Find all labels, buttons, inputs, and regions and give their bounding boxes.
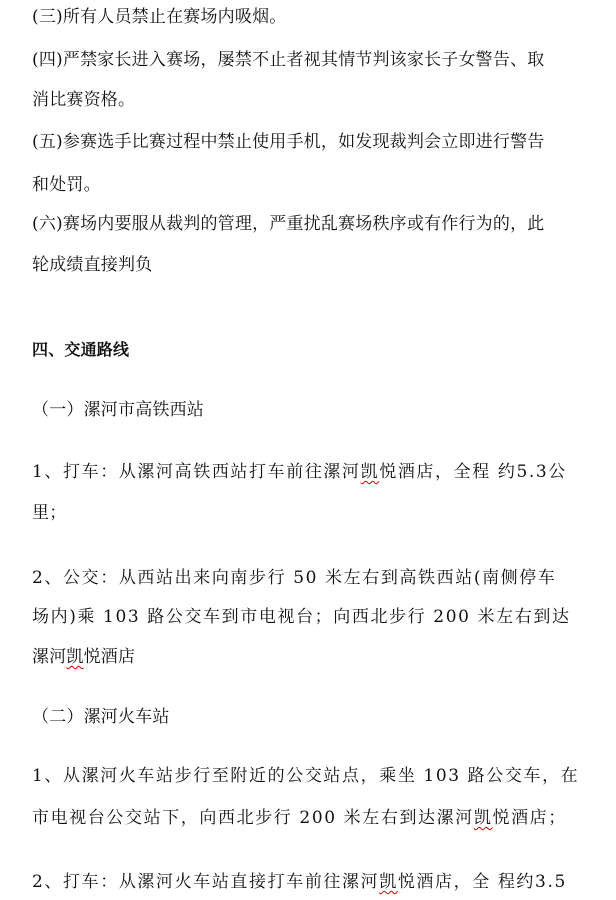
rule-item-4-line-1: (四)严禁家长进入赛场，屡禁不止者视其情节判该家长子女警告、取 xyxy=(32,49,544,71)
spellcheck-word[interactable]: 凯 xyxy=(379,872,398,892)
rule-item-5-line-2: 和处罚。 xyxy=(32,174,101,196)
route-taxi-train-line-1: 2、打车：从漯河火车站直接打车前往漯河凯悦酒店，全 程约3.5 xyxy=(32,871,567,893)
rule-item-4-line-2: 消比赛资格。 xyxy=(32,89,135,111)
spellcheck-word[interactable]: 凯 xyxy=(66,647,83,667)
route-bus-train-line-2: 市电视台公交站下，向西北步行 200 米左右到达漯河凯悦酒店； xyxy=(32,807,567,829)
route-text: 悦酒店； xyxy=(492,808,566,828)
rule-item-3: (三)所有人员禁止在赛场内吸烟。 xyxy=(32,6,286,28)
route-text: 悦酒店，全程 约5.3公 xyxy=(379,462,567,482)
route-text: 市电视台公交站下，向西北步行 200 米左右到达漯河 xyxy=(32,808,474,828)
rule-item-5-line-1: (五)参赛选手比赛过程中禁止使用手机，如发现裁判会立即进行警告 xyxy=(32,131,544,153)
route-bus-west-line-3: 漯河凯悦酒店 xyxy=(32,646,135,668)
route-bus-train-line-1: 1、从漯河火车站步行至附近的公交站点，乘坐 103 路公交车，在 xyxy=(32,765,579,787)
subsection-title-train-station: （二）漯河火车站 xyxy=(32,706,170,728)
route-taxi-west-line-2: 里； xyxy=(32,502,66,524)
rule-item-6-line-2: 轮成绩直接判负 xyxy=(32,254,152,276)
route-text: 漯河 xyxy=(32,647,66,667)
subsection-title-high-speed-west: （一）漯河市高铁西站 xyxy=(32,399,204,421)
route-taxi-west-line-1: 1、打车：从漯河高铁西站打车前往漯河凯悦酒店，全程 约5.3公 xyxy=(32,461,567,483)
route-text: 悦酒店，全 程约3.5 xyxy=(398,872,567,892)
route-text: 1、打车：从漯河高铁西站打车前往漯河 xyxy=(32,462,361,482)
spellcheck-word[interactable]: 凯 xyxy=(361,462,380,482)
document-page: (三)所有人员禁止在赛场内吸烟。 (四)严禁家长进入赛场，屡禁不止者视其情节判该… xyxy=(0,0,616,900)
section-heading-transport: 四、交通路线 xyxy=(32,339,129,361)
route-bus-west-line-2: 场内)乘 103 路公交车到市电视台；向西北步行 200 米左右到达 xyxy=(32,606,571,628)
route-text: 悦酒店 xyxy=(84,647,136,667)
route-text: 2、打车：从漯河火车站直接打车前往漯河 xyxy=(32,872,379,892)
rule-item-6-line-1: (六)赛场内要服从裁判的管理，严重扰乱赛场秩序或有作行为的，此 xyxy=(32,213,544,235)
spellcheck-word[interactable]: 凯 xyxy=(474,808,493,828)
route-bus-west-line-1: 2、公交：从西站出来向南步行 50 米左右到高铁西站(南侧停车 xyxy=(32,567,557,589)
